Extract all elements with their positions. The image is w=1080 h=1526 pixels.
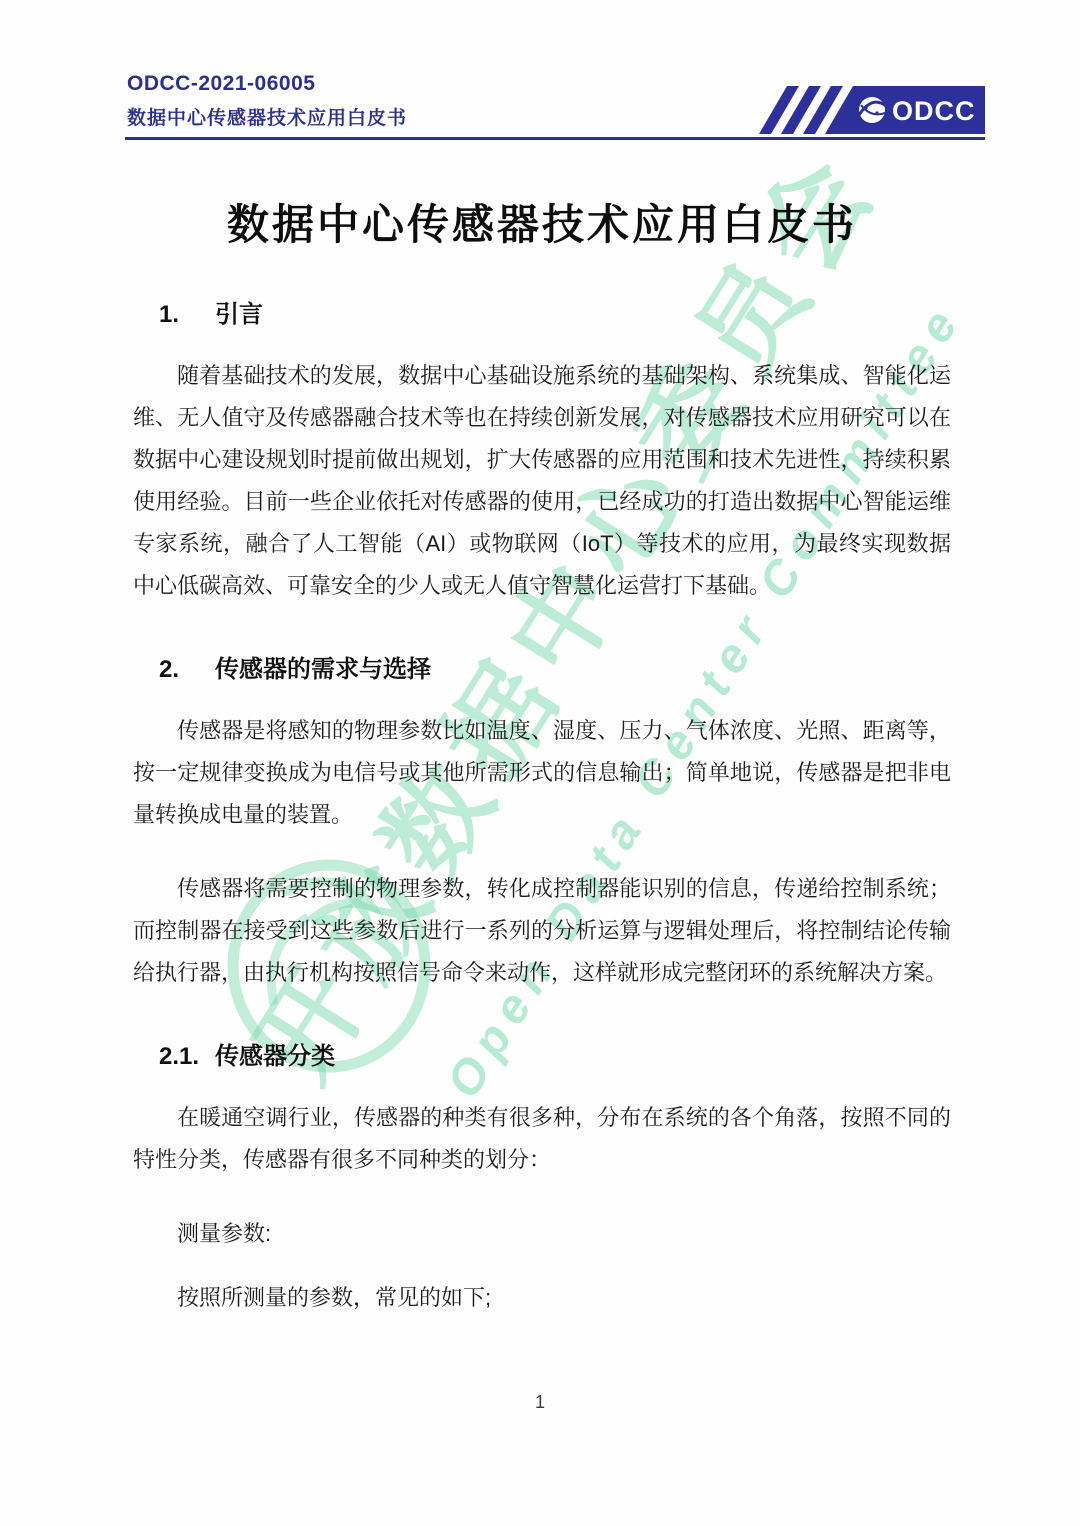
heading-text: 传感器的需求与选择	[215, 649, 431, 684]
section-heading-2: 2. 传感器的需求与选择	[133, 649, 951, 684]
page-title: 数据中心传感器技术应用白皮书	[133, 192, 951, 252]
doc-subtitle: 数据中心传感器技术应用白皮书	[127, 103, 407, 130]
paragraph-measure-params: 测量参数:	[133, 1213, 951, 1255]
heading-number: 2.	[159, 656, 199, 684]
paragraph-control-loop: 传感器将需要控制的物理参数，转化成控制器能识别的信息，传递给控制系统；而控制器在…	[133, 868, 951, 994]
odcc-logo: ODCC	[753, 86, 985, 134]
heading-number: 1.	[159, 301, 199, 329]
document-page: 开放数据中心委员会 Open Data Center Committee ODC…	[0, 0, 1080, 1526]
section-heading-2-1: 2.1. 传感器分类	[133, 1036, 951, 1071]
paragraph-sensor-definition: 传感器是将感知的物理参数比如温度、湿度、压力、气体浓度、光照、距离等，按一定规律…	[133, 710, 951, 836]
doc-number: ODCC-2021-06005	[127, 72, 315, 96]
heading-text: 传感器分类	[215, 1036, 335, 1071]
document-body: 数据中心传感器技术应用白皮书 1. 引言 随着基础技术的发展，数据中心基础设施系…	[133, 150, 951, 1341]
page-number: 1	[535, 1392, 545, 1412]
header-divider	[125, 137, 985, 140]
paragraph-intro: 随着基础技术的发展，数据中心基础设施系统的基础架构、系统集成、智能化运维、无人值…	[133, 355, 951, 607]
paragraph-hvac-classification: 在暖通空调行业，传感器的种类有很多种，分布在系统的各个角落，按照不同的特性分类，…	[133, 1097, 951, 1181]
heading-number: 2.1.	[159, 1043, 199, 1071]
odcc-logo-text: ODCC	[892, 96, 976, 126]
section-heading-1: 1. 引言	[133, 294, 951, 329]
heading-text: 引言	[215, 294, 263, 329]
page-footer: 1	[0, 1392, 1080, 1413]
paragraph-measured-list-intro: 按照所测量的参数，常见的如下;	[133, 1277, 951, 1319]
